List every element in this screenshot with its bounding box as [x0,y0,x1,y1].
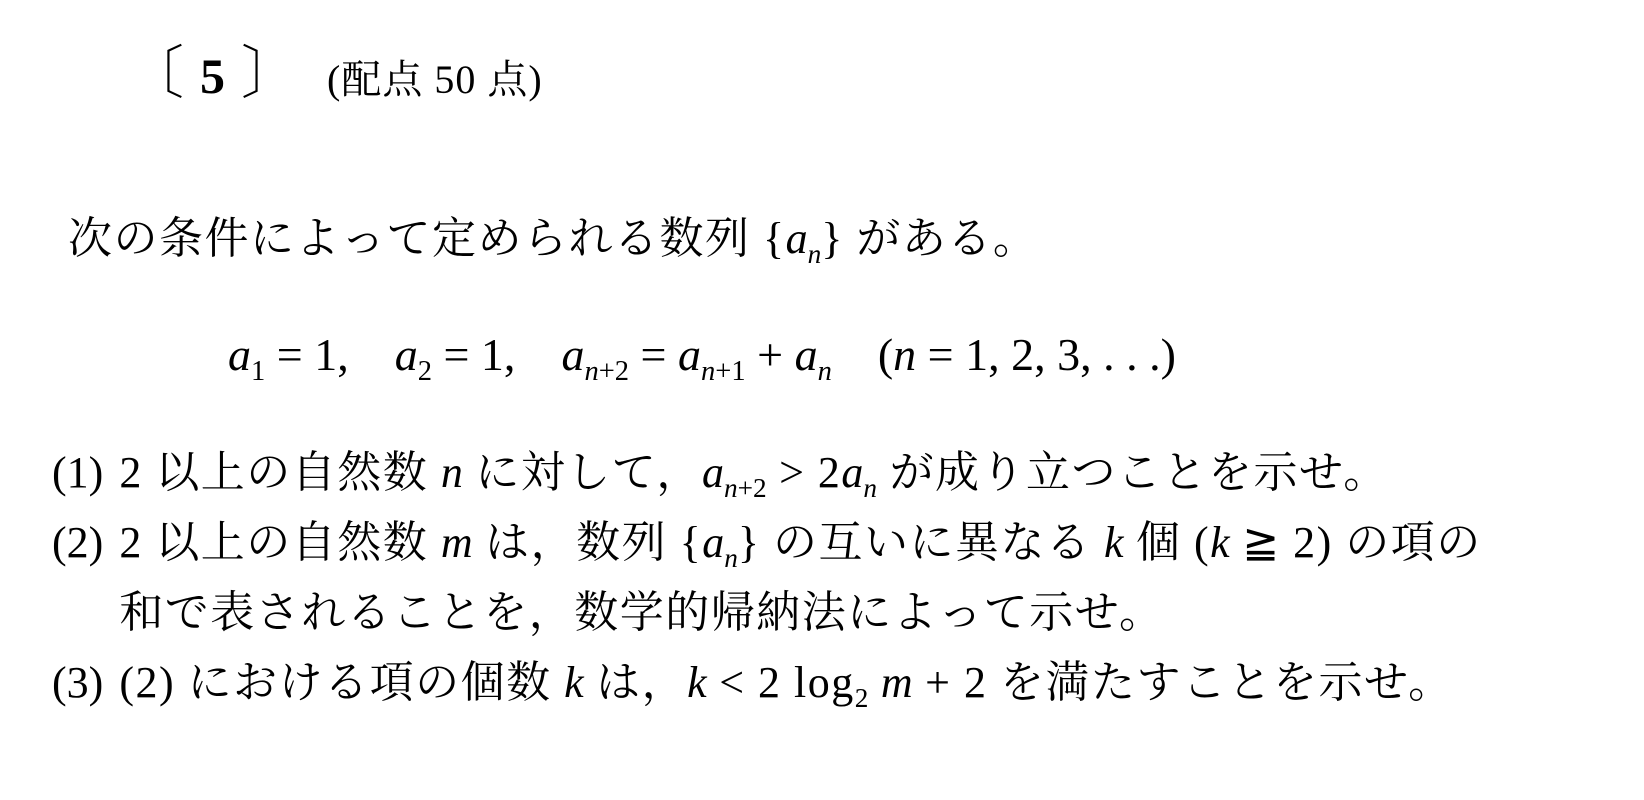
math-text: 次の条件によって定められる数列 { [68,214,786,263]
math-text: = 1, 2, 3, . . .) [916,329,1176,380]
math-subscript: n+2 [584,356,629,387]
math-subscript: n [863,473,877,503]
math-text [868,658,881,707]
math-variable: m [441,518,473,567]
math-text: 個 ( [1124,518,1211,567]
math-variable: a [678,329,701,380]
math-text: 1 [251,356,265,387]
math-variable: a [702,518,724,567]
math-variable: n [893,329,916,380]
question-3-line-1: (2) における項の個数 k は，k < 2 log2 m + 2 を満たすこと… [119,648,1481,718]
math-subscript: n+1 [701,356,746,387]
math-text: + 2 を満たすことを示せ。 [913,658,1454,707]
math-subscript: n [724,543,738,573]
intro-sentence: 次の条件によって定められる数列 {an} がある。 [68,202,1038,266]
math-variable: n [863,473,877,503]
question-1-line-1: 2 以上の自然数 n に対して，an+2 > 2an が成り立つことを示せ。 [119,438,1481,508]
math-variable: a [702,448,724,497]
question-1: (1) 2 以上の自然数 n に対して，an+2 > 2an が成り立つことを示… [52,438,1482,508]
question-3-label: (3) [52,648,103,718]
question-1-body: 2 以上の自然数 n に対して，an+2 > 2an が成り立つことを示せ。 [119,438,1481,508]
math-subscript: 2 [855,683,869,713]
math-text: = [629,329,678,380]
math-subscript: 1 [251,356,265,387]
math-subscript: n+2 [724,473,767,503]
math-subscript: 2 [418,356,432,387]
problem-number-bracket-close: 〕 [241,26,299,110]
math-text: < 2 log [707,658,855,707]
question-3-body: (2) における項の個数 k は，k < 2 log2 m + 2 を満たすこと… [119,648,1481,718]
math-text: 2 以上の自然数 [119,448,441,497]
math-text: > 2 [767,448,842,497]
math-text: 2 [418,356,432,387]
question-2-body: 2 以上の自然数 m は，数列 {an} の互いに異なる k 個 (k ≧ 2)… [119,508,1481,648]
exam-problem-page: 〔 5 〕 (配点 50 点) 次の条件によって定められる数列 {an} がある… [0,0,1644,800]
question-3: (3) (2) における項の個数 k は，k < 2 log2 m + 2 を満… [52,648,1482,718]
math-text: 和で表されることを，数学的帰納法によって示せ。 [119,588,1164,637]
math-variable: a [561,329,584,380]
math-text: に対して， [463,448,702,497]
math-variable: m [881,658,913,707]
question-1-label: (1) [52,438,103,508]
problem-number-bracket-open: 〔 [126,26,184,110]
math-variable: n [701,356,715,387]
math-variable: k [687,658,707,707]
math-variable: a [795,329,818,380]
math-variable: a [395,329,418,380]
math-variable: n [808,239,822,269]
math-text: } がある。 [821,214,1038,263]
question-2: (2) 2 以上の自然数 m は，数列 {an} の互いに異なる k 個 (k … [52,508,1482,648]
math-text: } の互いに異なる [738,518,1104,567]
math-variable: n [724,473,738,503]
math-variable: a [786,214,808,263]
question-2-line-1: 2 以上の自然数 m は，数列 {an} の互いに異なる k 個 (k ≧ 2)… [119,508,1481,578]
math-text: ( [832,329,893,380]
math-text: は， [584,658,688,707]
math-text: + [746,329,795,380]
math-variable: n [441,448,463,497]
problem-header: 〔 5 〕 (配点 50 点) [126,26,543,110]
math-text: +2 [738,473,767,503]
math-variable: n [818,356,832,387]
math-variable: k [564,658,584,707]
math-text: = 1, [432,329,515,380]
recurrence-formula: a1 = 1, a2 = 1, an+2 = an+1 + an (n = 1,… [228,328,1176,381]
math-variable: n [584,356,598,387]
math-text [349,329,395,380]
math-text: 2 [855,683,869,713]
math-text: 2 以上の自然数 [119,518,441,567]
math-variable: k [1104,518,1124,567]
question-2-line-2: 和で表されることを，数学的帰納法によって示せ。 [119,578,1481,648]
math-variable: n [724,543,738,573]
math-text: (2) における項の個数 [119,658,564,707]
math-text: +2 [599,356,629,387]
math-text: ≧ 2) の項の [1230,518,1482,567]
math-subscript: n [808,239,822,269]
problem-number: 5 [200,47,225,105]
math-text [515,329,561,380]
math-subscript: n [818,356,832,387]
math-text: が成り立つことを示せ。 [877,448,1389,497]
math-variable: a [228,329,251,380]
math-text: は，数列 { [473,518,703,567]
question-list: (1) 2 以上の自然数 n に対して，an+2 > 2an が成り立つことを示… [52,438,1482,718]
math-text: = 1, [265,329,348,380]
points-label: (配点 50 点) [327,48,543,105]
math-variable: k [1210,518,1230,567]
math-variable: a [841,448,863,497]
math-text: +1 [715,356,745,387]
question-2-label: (2) [52,508,103,578]
